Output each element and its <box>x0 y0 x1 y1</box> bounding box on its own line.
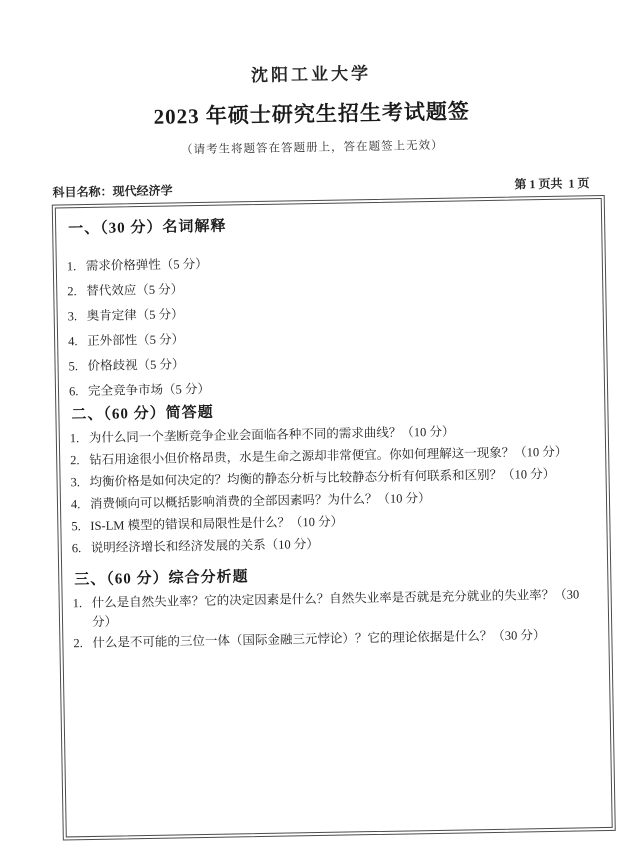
section-terms: 一、（30 分）名词解释 1. 需求价格弹性（5 分） 2. 替代效应（5 分）… <box>66 211 592 400</box>
question-item: 6. 完全竞争市场（5 分） <box>69 374 592 400</box>
question-text: 均衡价格是如何决定的？均衡的静态分析与比较静态分析有何联系和区别？（10 分） <box>89 465 593 491</box>
question-text: IS-LM 模型的错误和局限性是什么？（10 分） <box>90 509 594 535</box>
school-name: 沈阳工业大学 <box>0 55 628 91</box>
question-number: 4. <box>71 496 90 513</box>
question-text: 替代效应（5 分） <box>86 274 590 300</box>
page-number-info: 第 1 页共 1 页 <box>514 174 603 193</box>
question-list: 1. 为什么同一个垄断竞争企业会面临各种不同的需求曲线？（10 分） 2. 钻石… <box>70 421 595 557</box>
question-number: 1. <box>70 430 89 447</box>
question-number: 3. <box>70 474 89 491</box>
question-item: 3. 均衡价格是如何决定的？均衡的静态分析与比较静态分析有何联系和区别？（10 … <box>70 465 593 491</box>
section-heading: 二、（60 分）简答题 <box>71 397 592 424</box>
question-number: 3. <box>68 308 87 325</box>
question-item: 1. 需求价格弹性（5 分） <box>67 249 590 275</box>
exam-title: 2023 年硕士研究生招生考试题签 <box>0 93 628 134</box>
question-number: 1. <box>73 594 93 632</box>
document-header: 沈阳工业大学 2023 年硕士研究生招生考试题签 （请考生将题答在答题册上，答在… <box>0 0 629 161</box>
question-number: 6. <box>69 383 88 400</box>
question-item: 1. 为什么同一个垄断竞争企业会面临各种不同的需求曲线？（10 分） <box>70 421 593 447</box>
question-number: 1. <box>67 258 86 275</box>
question-number: 5. <box>71 518 90 535</box>
question-text: 什么是自然失业率？它的决定因素是什么？自然失业率是否就是充分就业的失业率？（30… <box>92 585 597 632</box>
question-text: 消费倾向可以概括影响消费的全部因素吗？为什么？（10 分） <box>90 487 594 513</box>
question-item: 5. 价格歧视（5 分） <box>68 349 591 375</box>
question-text: 奥肯定律（5 分） <box>87 299 591 325</box>
scanned-exam-page: 沈阳工业大学 2023 年硕士研究生招生考试题签 （请考生将题答在答题册上，答在… <box>0 0 633 863</box>
question-item: 6. 说明经济增长和经济发展的关系（10 分） <box>72 531 595 557</box>
question-item: 2. 钻石用途很小但价格昂贵，水是生命之源却非常便宜。你如何理解这一现象？（10… <box>70 443 593 469</box>
question-item: 4. 正外部性（5 分） <box>68 324 591 350</box>
question-number: 2. <box>67 283 86 300</box>
question-number: 2. <box>70 452 89 469</box>
question-list: 1. 需求价格弹性（5 分） 2. 替代效应（5 分） 3. 奥肯定律（5 分）… <box>67 249 592 400</box>
question-text: 说明经济增长和经济发展的关系（10 分） <box>91 531 595 557</box>
answer-instruction-note: （请考生将题答在答题册上，答在题签上无效） <box>0 134 629 161</box>
section-short-answer: 二、（60 分）简答题 1. 为什么同一个垄断竞争企业会面临各种不同的需求曲线？… <box>69 397 595 557</box>
question-text: 完全竞争市场（5 分） <box>88 374 592 400</box>
question-text: 价格歧视（5 分） <box>87 349 591 375</box>
question-item: 2. 替代效应（5 分） <box>67 274 590 300</box>
question-text: 需求价格弹性（5 分） <box>86 249 590 275</box>
question-item: 5. IS-LM 模型的错误和局限性是什么？（10 分） <box>71 509 594 535</box>
section-heading: 一、（30 分）名词解释 <box>68 211 589 238</box>
question-number: 5. <box>68 358 87 375</box>
question-number: 4. <box>68 333 87 350</box>
question-box: 一、（30 分）名词解释 1. 需求价格弹性（5 分） 2. 替代效应（5 分）… <box>52 195 616 841</box>
question-item: 4. 消费倾向可以概括影响消费的全部因素吗？为什么？（10 分） <box>71 487 594 513</box>
section-comprehensive-analysis: 三、（60 分）综合分析题 1. 什么是自然失业率？它的决定因素是什么？自然失业… <box>72 562 596 653</box>
question-item: 3. 奥肯定律（5 分） <box>68 299 591 325</box>
question-item: 1. 什么是自然失业率？它的决定因素是什么？自然失业率是否就是充分就业的失业率？… <box>73 585 597 632</box>
question-text: 为什么同一个垄断竞争企业会面临各种不同的需求曲线？（10 分） <box>89 421 593 447</box>
question-text: 正外部性（5 分） <box>87 324 591 350</box>
section-heading: 三、（60 分）综合分析题 <box>74 562 595 589</box>
question-number: 2. <box>73 634 92 653</box>
question-number: 6. <box>72 540 91 557</box>
question-text: 钻石用途很小但价格昂贵，水是生命之源却非常便宜。你如何理解这一现象？（10 分） <box>89 443 593 469</box>
subject-name: 科目名称：现代经济学 <box>52 181 172 200</box>
question-list: 1. 什么是自然失业率？它的决定因素是什么？自然失业率是否就是充分就业的失业率？… <box>73 585 597 653</box>
